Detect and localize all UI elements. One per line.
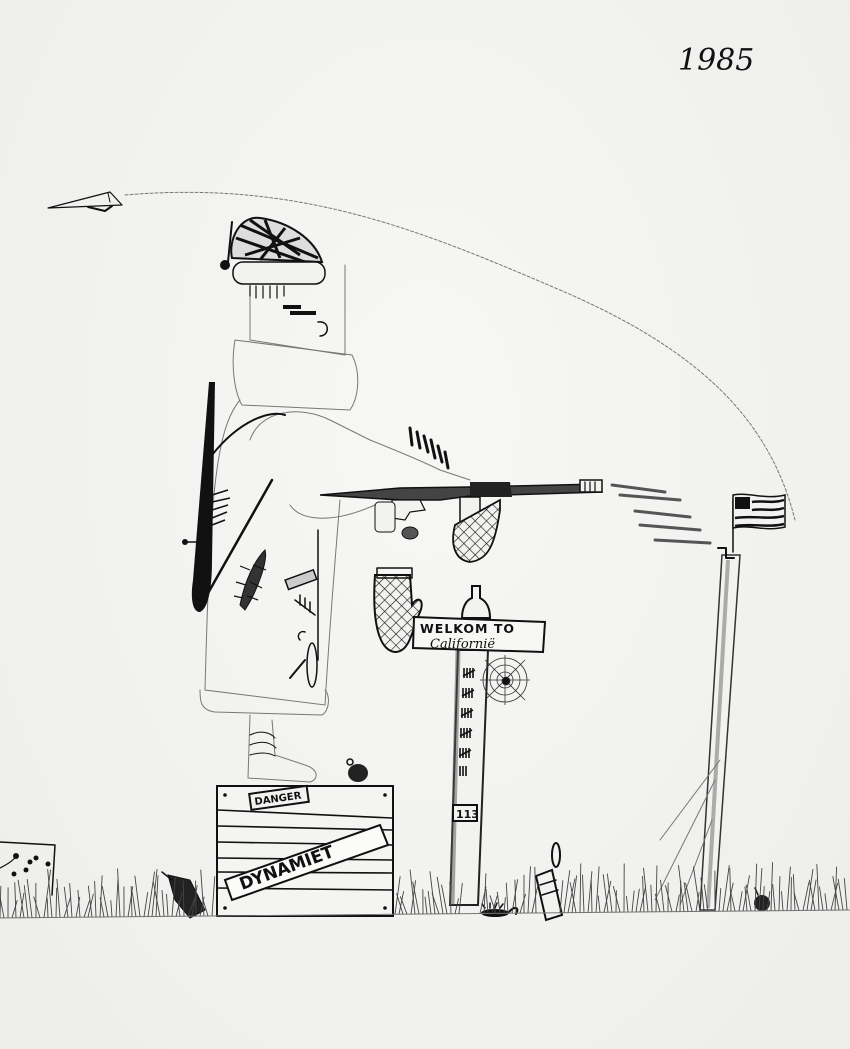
flight-path — [125, 192, 795, 520]
grass — [0, 862, 847, 918]
submachine-gun-icon — [320, 480, 602, 562]
striped-nightcap-icon — [220, 218, 325, 298]
box-corner — [0, 842, 55, 895]
belt-gadgets — [285, 530, 318, 687]
flagpole — [655, 500, 740, 910]
tin-can-icon — [536, 843, 562, 920]
harmonica-icon — [285, 570, 317, 590]
pocket-knife-icon — [307, 643, 317, 687]
sign-line-1: WELKOM TO — [420, 621, 515, 636]
hand-grenade-icon — [347, 759, 368, 782]
sign-line-2: Californië — [430, 637, 495, 652]
spider-web-icon — [480, 655, 530, 705]
american-flag-icon — [733, 494, 785, 528]
caterpillar-icon — [234, 550, 266, 610]
signpost: 113 WELKOM TO Californië — [413, 586, 545, 905]
pencil-drawing: 1985 — [0, 0, 850, 1049]
spring-icon — [295, 595, 315, 615]
boot-icon — [248, 715, 316, 782]
eye-left — [283, 305, 301, 309]
year-label: 1985 — [678, 43, 754, 78]
ammo-belt — [410, 428, 448, 468]
paper-airplane-icon — [48, 192, 122, 211]
post-number-plate: 113 — [456, 808, 479, 821]
muzzle-flash — [612, 485, 710, 543]
slung-rifle-icon — [182, 382, 285, 612]
bottle-icon — [462, 586, 490, 618]
dynamite-crate: DYNAMIET DANGER — [217, 786, 393, 916]
eye-right — [290, 311, 316, 315]
ground-line — [0, 910, 850, 918]
